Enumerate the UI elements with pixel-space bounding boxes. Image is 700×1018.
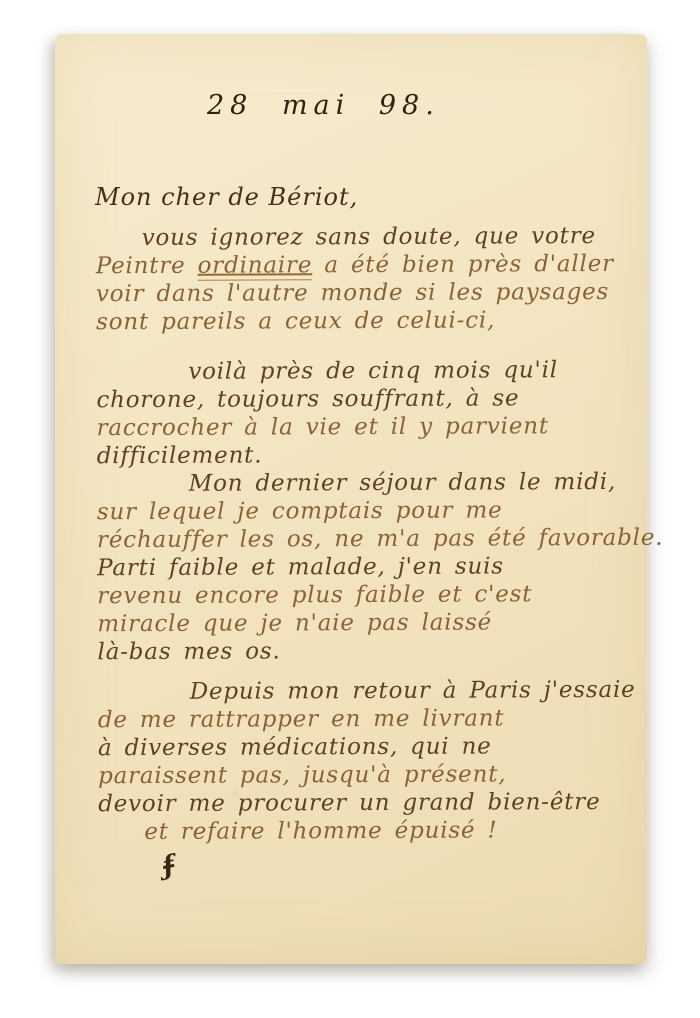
line-text: sont pareils a ceux de celui-ci, bbox=[96, 307, 495, 335]
letter-line: vous ignorez sans doute, que votre bbox=[142, 222, 646, 252]
letter-salutation: Mon cher de Bériot, bbox=[95, 183, 647, 211]
letter-line: à diverses médications, qui ne bbox=[98, 732, 648, 762]
photo-background: 28 mai 98. Mon cher de Bériot, vous igno… bbox=[0, 0, 700, 1018]
letter-line: devoir me procurer un grand bien-être bbox=[98, 788, 648, 818]
letter-line: et refaire l'homme épuisé ! bbox=[144, 816, 648, 846]
line-text: chorone, toujours souffrant, à se bbox=[96, 385, 519, 413]
line-text: sur lequel je comptais pour me bbox=[97, 497, 503, 525]
letter-line: raccrocher à la vie et il y parvient bbox=[96, 412, 646, 442]
letter-line: voilà près de cinq mois qu'il bbox=[188, 356, 646, 386]
letter-line: Peintre ordinaire a été bien près d'alle… bbox=[96, 250, 646, 280]
line-text: revenu encore plus faible et c'est bbox=[97, 581, 532, 609]
line-text: raccrocher à la vie et il y parvient bbox=[96, 413, 548, 441]
letter-line: Depuis mon retour à Paris j'essaie bbox=[190, 676, 648, 706]
line-text: et refaire l'homme épuisé ! bbox=[144, 817, 497, 845]
letter-date: 28 mai 98. bbox=[207, 90, 647, 121]
letter-line: paraissent pas, jusqu'à présent, bbox=[98, 760, 648, 790]
line-text: Peintre bbox=[96, 253, 198, 279]
line-text: paraissent pas, jusqu'à présent, bbox=[98, 761, 506, 789]
line-text: a été bien près d'aller bbox=[312, 251, 614, 278]
letter-line: là-bas mes os. bbox=[97, 636, 647, 666]
letter-line: réchauffer les os, ne m'a pas été favora… bbox=[97, 524, 647, 554]
letter-line: Parti faible et malade, j'en suis bbox=[97, 552, 647, 582]
letter-paper: 28 mai 98. Mon cher de Bériot, vous igno… bbox=[55, 34, 647, 964]
line-text: voir dans l'autre monde si les paysages bbox=[96, 279, 609, 307]
line-text: voilà près de cinq mois qu'il bbox=[188, 357, 558, 385]
letter-line: revenu encore plus faible et c'est bbox=[97, 580, 647, 610]
letter-line: voir dans l'autre monde si les paysages bbox=[96, 278, 646, 308]
letter-body: vous ignorez sans doute, que votrePeintr… bbox=[96, 222, 649, 846]
letter-line: sont pareils a ceux de celui-ci, bbox=[96, 306, 646, 336]
letter-line: chorone, toujours souffrant, à se bbox=[96, 384, 646, 414]
letter-line: Mon dernier séjour dans le midi, bbox=[189, 468, 647, 498]
line-text: miracle que je n'aie pas laissé bbox=[97, 609, 492, 637]
line-text: réchauffer les os, ne m'a pas été favora… bbox=[97, 525, 663, 553]
letter-line: miracle que je n'aie pas laissé bbox=[97, 608, 647, 638]
line-text: là-bas mes os. bbox=[97, 638, 280, 665]
line-text: vous ignorez sans doute, que votre bbox=[142, 223, 596, 251]
letter-line: sur lequel je comptais pour me bbox=[97, 496, 647, 526]
line-text: à diverses médications, qui ne bbox=[98, 733, 492, 761]
line-text: Depuis mon retour à Paris j'essaie bbox=[190, 677, 636, 705]
letter-line: difficilement. bbox=[97, 440, 647, 470]
line-text: difficilement. bbox=[97, 442, 263, 469]
letter-line: de me rattrapper en me livrant bbox=[98, 704, 648, 734]
line-text: devoir me procurer un grand bien-être bbox=[98, 789, 600, 817]
line-text: Parti faible et malade, j'en suis bbox=[97, 553, 504, 581]
paraph-mark: ƒ bbox=[160, 850, 177, 882]
underlined-word: ordinaire bbox=[198, 252, 313, 280]
line-text: de me rattrapper en me livrant bbox=[98, 705, 505, 733]
line-text: Mon dernier séjour dans le midi, bbox=[189, 469, 616, 497]
